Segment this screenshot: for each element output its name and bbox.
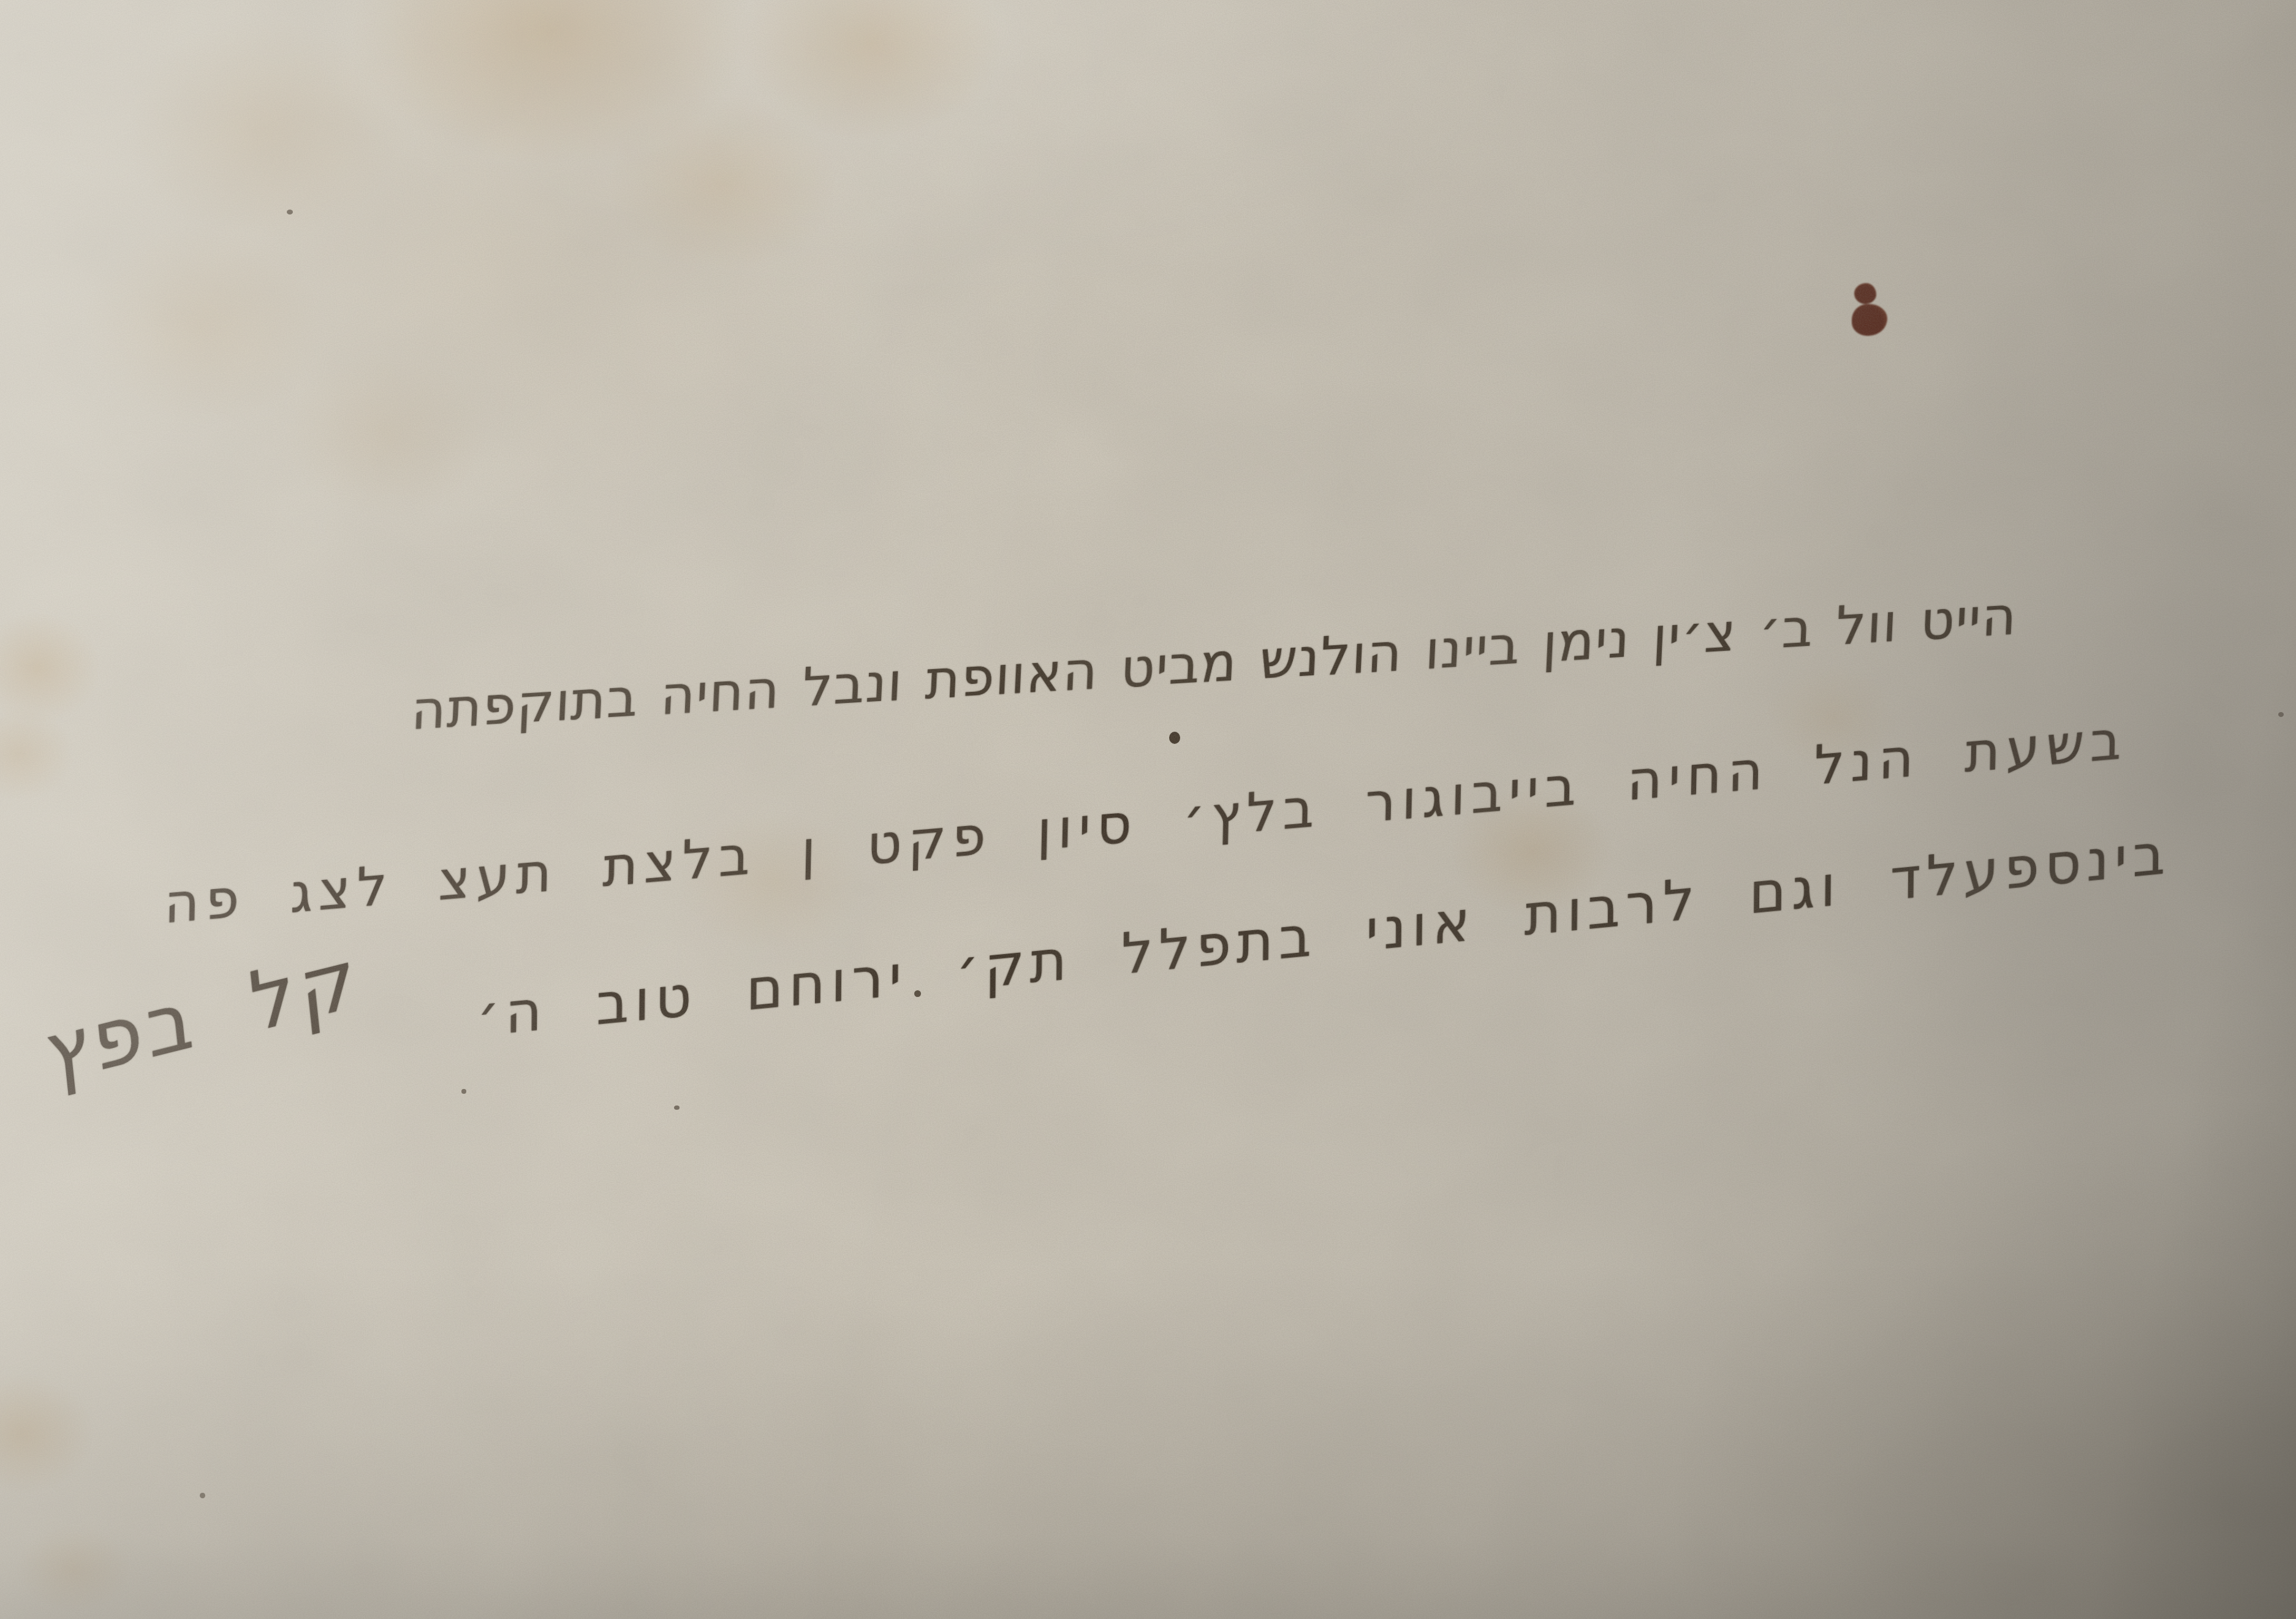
handwritten-line-1: הייט וול ב׳ צ׳ין נימן ביינו הולנש מביט ה…	[410, 583, 2019, 745]
ink-speck	[674, 1105, 680, 1110]
handwritten-line-4: קל בפץ	[40, 927, 365, 1107]
ink-speck	[200, 1493, 205, 1498]
ink-speck	[287, 210, 293, 214]
red-ink-blot-upper-lobe	[1854, 283, 1876, 304]
ink-speck	[461, 1089, 466, 1094]
ink-speck	[1169, 732, 1180, 744]
red-ink-blot	[1852, 304, 1887, 336]
ink-speck	[914, 990, 921, 997]
ink-speck	[2278, 712, 2284, 717]
manuscript-page-photo: הייט וול ב׳ צ׳ין נימן ביינו הולנש מביט ה…	[0, 0, 2296, 1619]
